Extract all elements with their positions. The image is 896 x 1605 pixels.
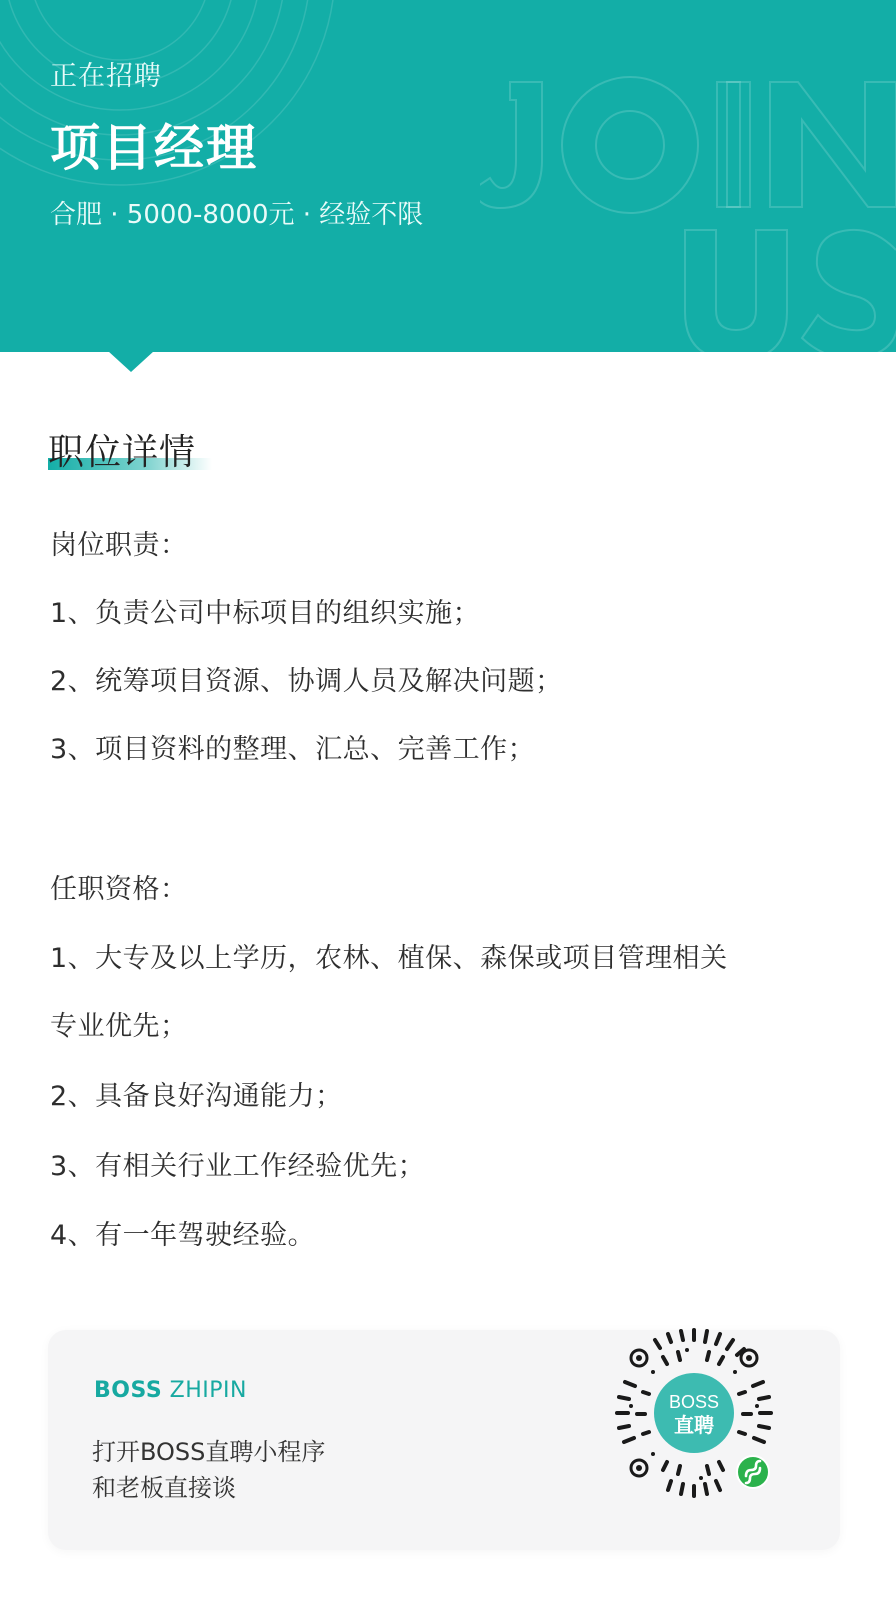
brand-boss: BOSS	[94, 1378, 162, 1403]
qualifications-heading: 任职资格：	[50, 867, 188, 906]
responsibility-item: 1、负责公司中标项目的组织实施；	[50, 591, 480, 630]
responsibility-item: 3、项目资料的整理、汇总、完善工作；	[50, 727, 535, 766]
responsibilities-heading: 岗位职责：	[50, 523, 188, 562]
card-instruction-line2: 和老板直接谈	[92, 1468, 236, 1503]
section-title: 职位详情	[48, 424, 196, 475]
qr-center-zhipin: 直聘	[674, 1413, 714, 1437]
qualification-item-continued: 专业优先；	[50, 1004, 188, 1043]
qr-center-boss: BOSS	[669, 1392, 719, 1412]
job-header-banner: 正在招聘 项目经理 合肥 · 5000-8000元 · 经验不限	[0, 0, 896, 352]
banner-pointer-icon	[108, 351, 154, 372]
qualification-item: 1、大专及以上学历，农林、植保、森保或项目管理相关	[50, 936, 728, 975]
join-us-watermark-icon	[480, 60, 896, 352]
job-meta: 合肥 · 5000-8000元 · 经验不限	[50, 194, 423, 231]
miniprogram-qr-code[interactable]: BOSS 直聘	[603, 1322, 785, 1504]
brand-zhipin: ZHIPIN	[170, 1378, 247, 1403]
boss-zhipin-card: BOSS ZHIPIN 打开BOSS直聘小程序 和老板直接谈	[48, 1330, 840, 1550]
qualification-item: 2、具备良好沟通能力；	[50, 1074, 343, 1113]
qualification-item: 4、有一年驾驶经验。	[50, 1213, 315, 1252]
section-heading: 职位详情	[48, 424, 196, 475]
brand-logo: BOSS ZHIPIN	[94, 1378, 247, 1403]
miniprogram-badge-icon	[737, 1456, 769, 1488]
job-title: 项目经理	[50, 108, 258, 180]
hiring-label: 正在招聘	[50, 54, 162, 93]
qualification-item: 3、有相关行业工作经验优先；	[50, 1144, 425, 1183]
card-instruction-line1: 打开BOSS直聘小程序	[92, 1432, 325, 1467]
responsibility-item: 2、统筹项目资源、协调人员及解决问题；	[50, 659, 563, 698]
